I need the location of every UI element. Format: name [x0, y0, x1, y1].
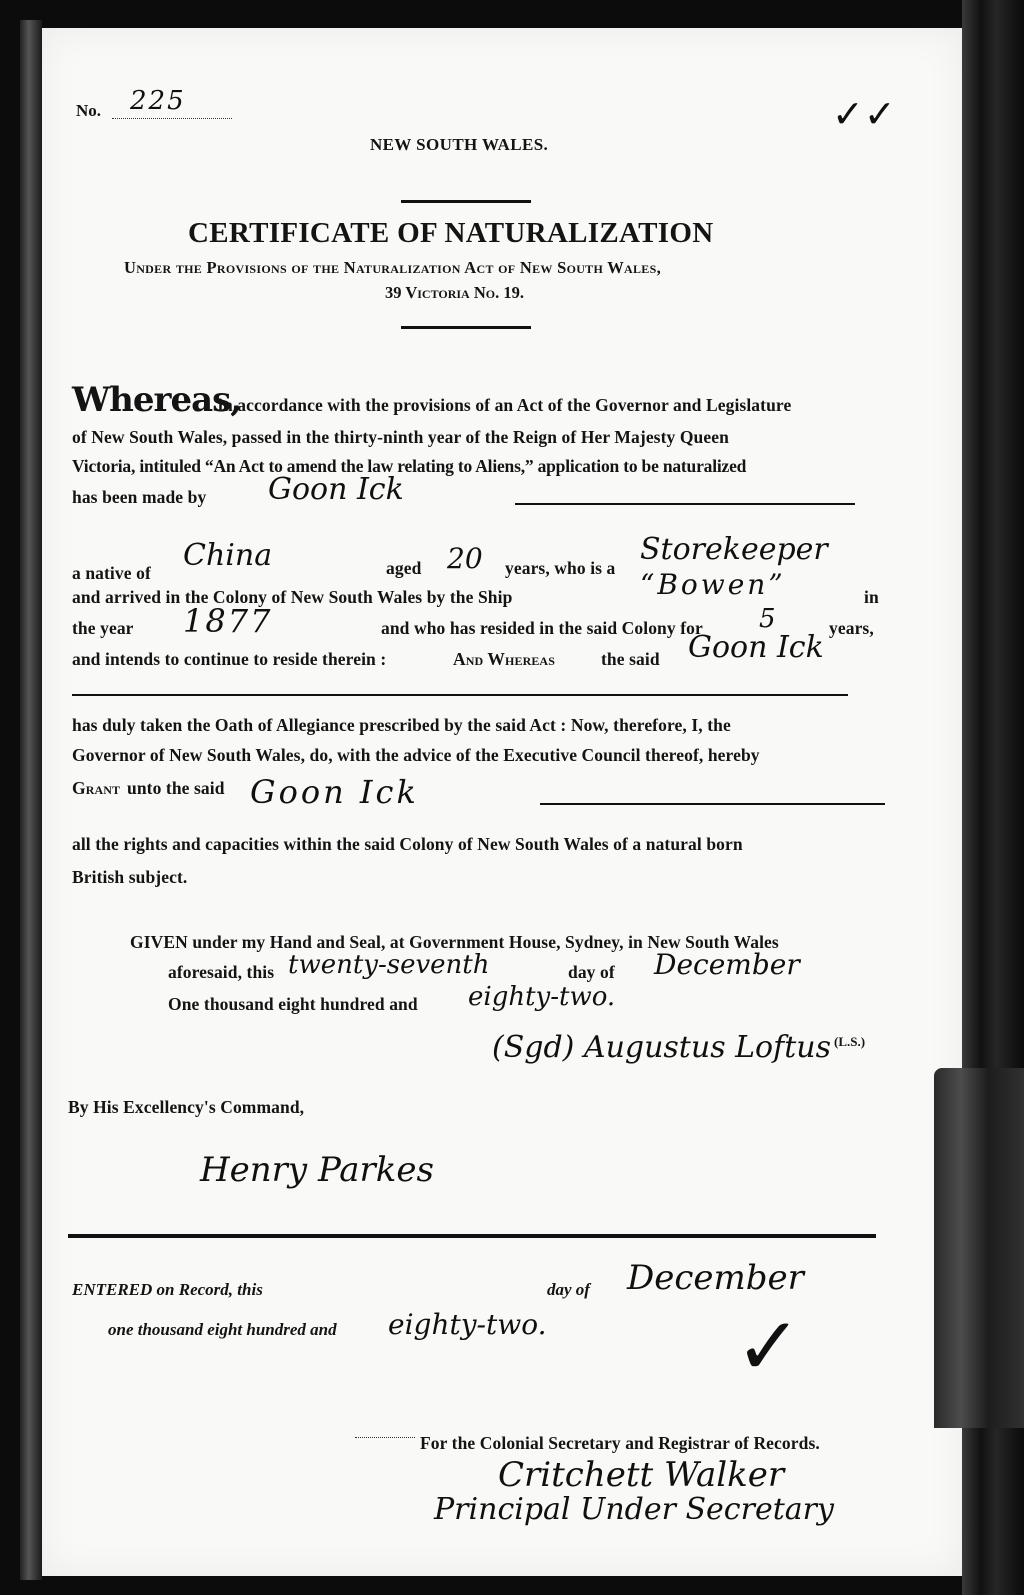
grant-word: Grant [72, 778, 120, 799]
applicant-name: Goon Ick [268, 472, 404, 507]
intends-label: and intends to continue to reside therei… [72, 649, 386, 670]
given-day: twenty-seventh [288, 950, 490, 980]
given-month: December [654, 948, 800, 981]
registrar-dotted-line [355, 1437, 415, 1438]
colonial-secretary-signature: Henry Parkes [200, 1150, 434, 1190]
registrar-title: Principal Under Secretary [434, 1492, 834, 1527]
recital-line-3: Victoria, intituled “An Act to amend the… [72, 456, 746, 477]
entered-label: ENTERED on Record, this [72, 1280, 263, 1300]
grant-line-4: all the rights and capacities within the… [72, 834, 743, 855]
grant-line-2: Governor of New South Wales, do, with th… [72, 745, 760, 766]
grantee-name-rule [540, 803, 885, 805]
years-label: years, [829, 618, 874, 639]
record-divider [68, 1234, 876, 1238]
certificate-title: CERTIFICATE OF NATURALIZATION [188, 217, 713, 250]
record-checkmark-icon: ✓ [735, 1300, 802, 1393]
applicant-name-rule [515, 503, 855, 505]
given-day-of-label: day of [568, 962, 615, 983]
record-month: December [627, 1258, 804, 1298]
number-dotted-line [112, 118, 232, 119]
colony-heading: NEW SOUTH WALES. [370, 135, 548, 155]
unto-label: unto the said [127, 778, 225, 799]
grantee-name: Goon Ick [250, 773, 419, 811]
grant-line-5: British subject. [72, 867, 187, 888]
given-year: eighty-two. [468, 982, 615, 1012]
applicant-age: 20 [447, 542, 483, 575]
resided-label: and who has resided in the said Colony f… [381, 618, 703, 639]
record-year: eighty-two. [388, 1308, 547, 1341]
header-rule-bottom [401, 326, 531, 329]
section-divider [72, 694, 848, 696]
given-line-2-label: aforesaid, this [168, 962, 274, 983]
and-whereas-label: And Whereas [453, 649, 555, 670]
native-country: China [183, 538, 272, 573]
record-day-of-label: day of [547, 1280, 590, 1300]
occupation-label: years, who is a [505, 558, 615, 579]
given-line-3-label: One thousand eight hundred and [168, 994, 418, 1015]
header-rule-top [401, 200, 531, 203]
record-line-2-label: one thousand eight hundred and [108, 1320, 337, 1340]
whereas-blackletter: Whereas, [72, 380, 241, 420]
checkmark-icon: ✓✓ [832, 92, 896, 136]
the-said-label: the said [601, 649, 660, 670]
recital-line-2: of New South Wales, passed in the thirty… [72, 427, 729, 448]
number-label: No. [76, 101, 101, 121]
certificate-number: 225 [130, 86, 186, 116]
in-label: in [864, 587, 879, 608]
ship-name: “Bowen” [640, 568, 786, 601]
seal-label: (L.S.) [834, 1034, 865, 1050]
arrival-year: 1877 [183, 602, 272, 640]
grant-line-1: has duly taken the Oath of Allegiance pr… [72, 715, 731, 736]
native-label: a native of [72, 563, 151, 584]
binding-tab [934, 1068, 1024, 1428]
applicant-name-repeat: Goon Ick [688, 630, 824, 665]
aged-label: aged [386, 558, 421, 579]
year-label: the year [72, 618, 134, 639]
governor-signature: (Sgd) Augustus Loftus [492, 1030, 831, 1065]
registrar-label: For the Colonial Secretary and Registrar… [420, 1433, 820, 1454]
command-label: By His Excellency's Command, [68, 1097, 304, 1118]
arrived-label: and arrived in the Colony of New South W… [72, 587, 512, 608]
recital-line-1: in accordance with the provisions of an … [218, 395, 791, 416]
applicant-occupation: Storekeeper [640, 532, 828, 567]
page-left-edge [20, 20, 42, 1580]
registrar-signature: Critchett Walker [498, 1455, 784, 1495]
act-reference: 39 Victoria No. 19. [385, 283, 524, 303]
certificate-subtitle: Under the Provisions of the Naturalizati… [124, 258, 661, 278]
recital-line-4-label: has been made by [72, 487, 206, 508]
